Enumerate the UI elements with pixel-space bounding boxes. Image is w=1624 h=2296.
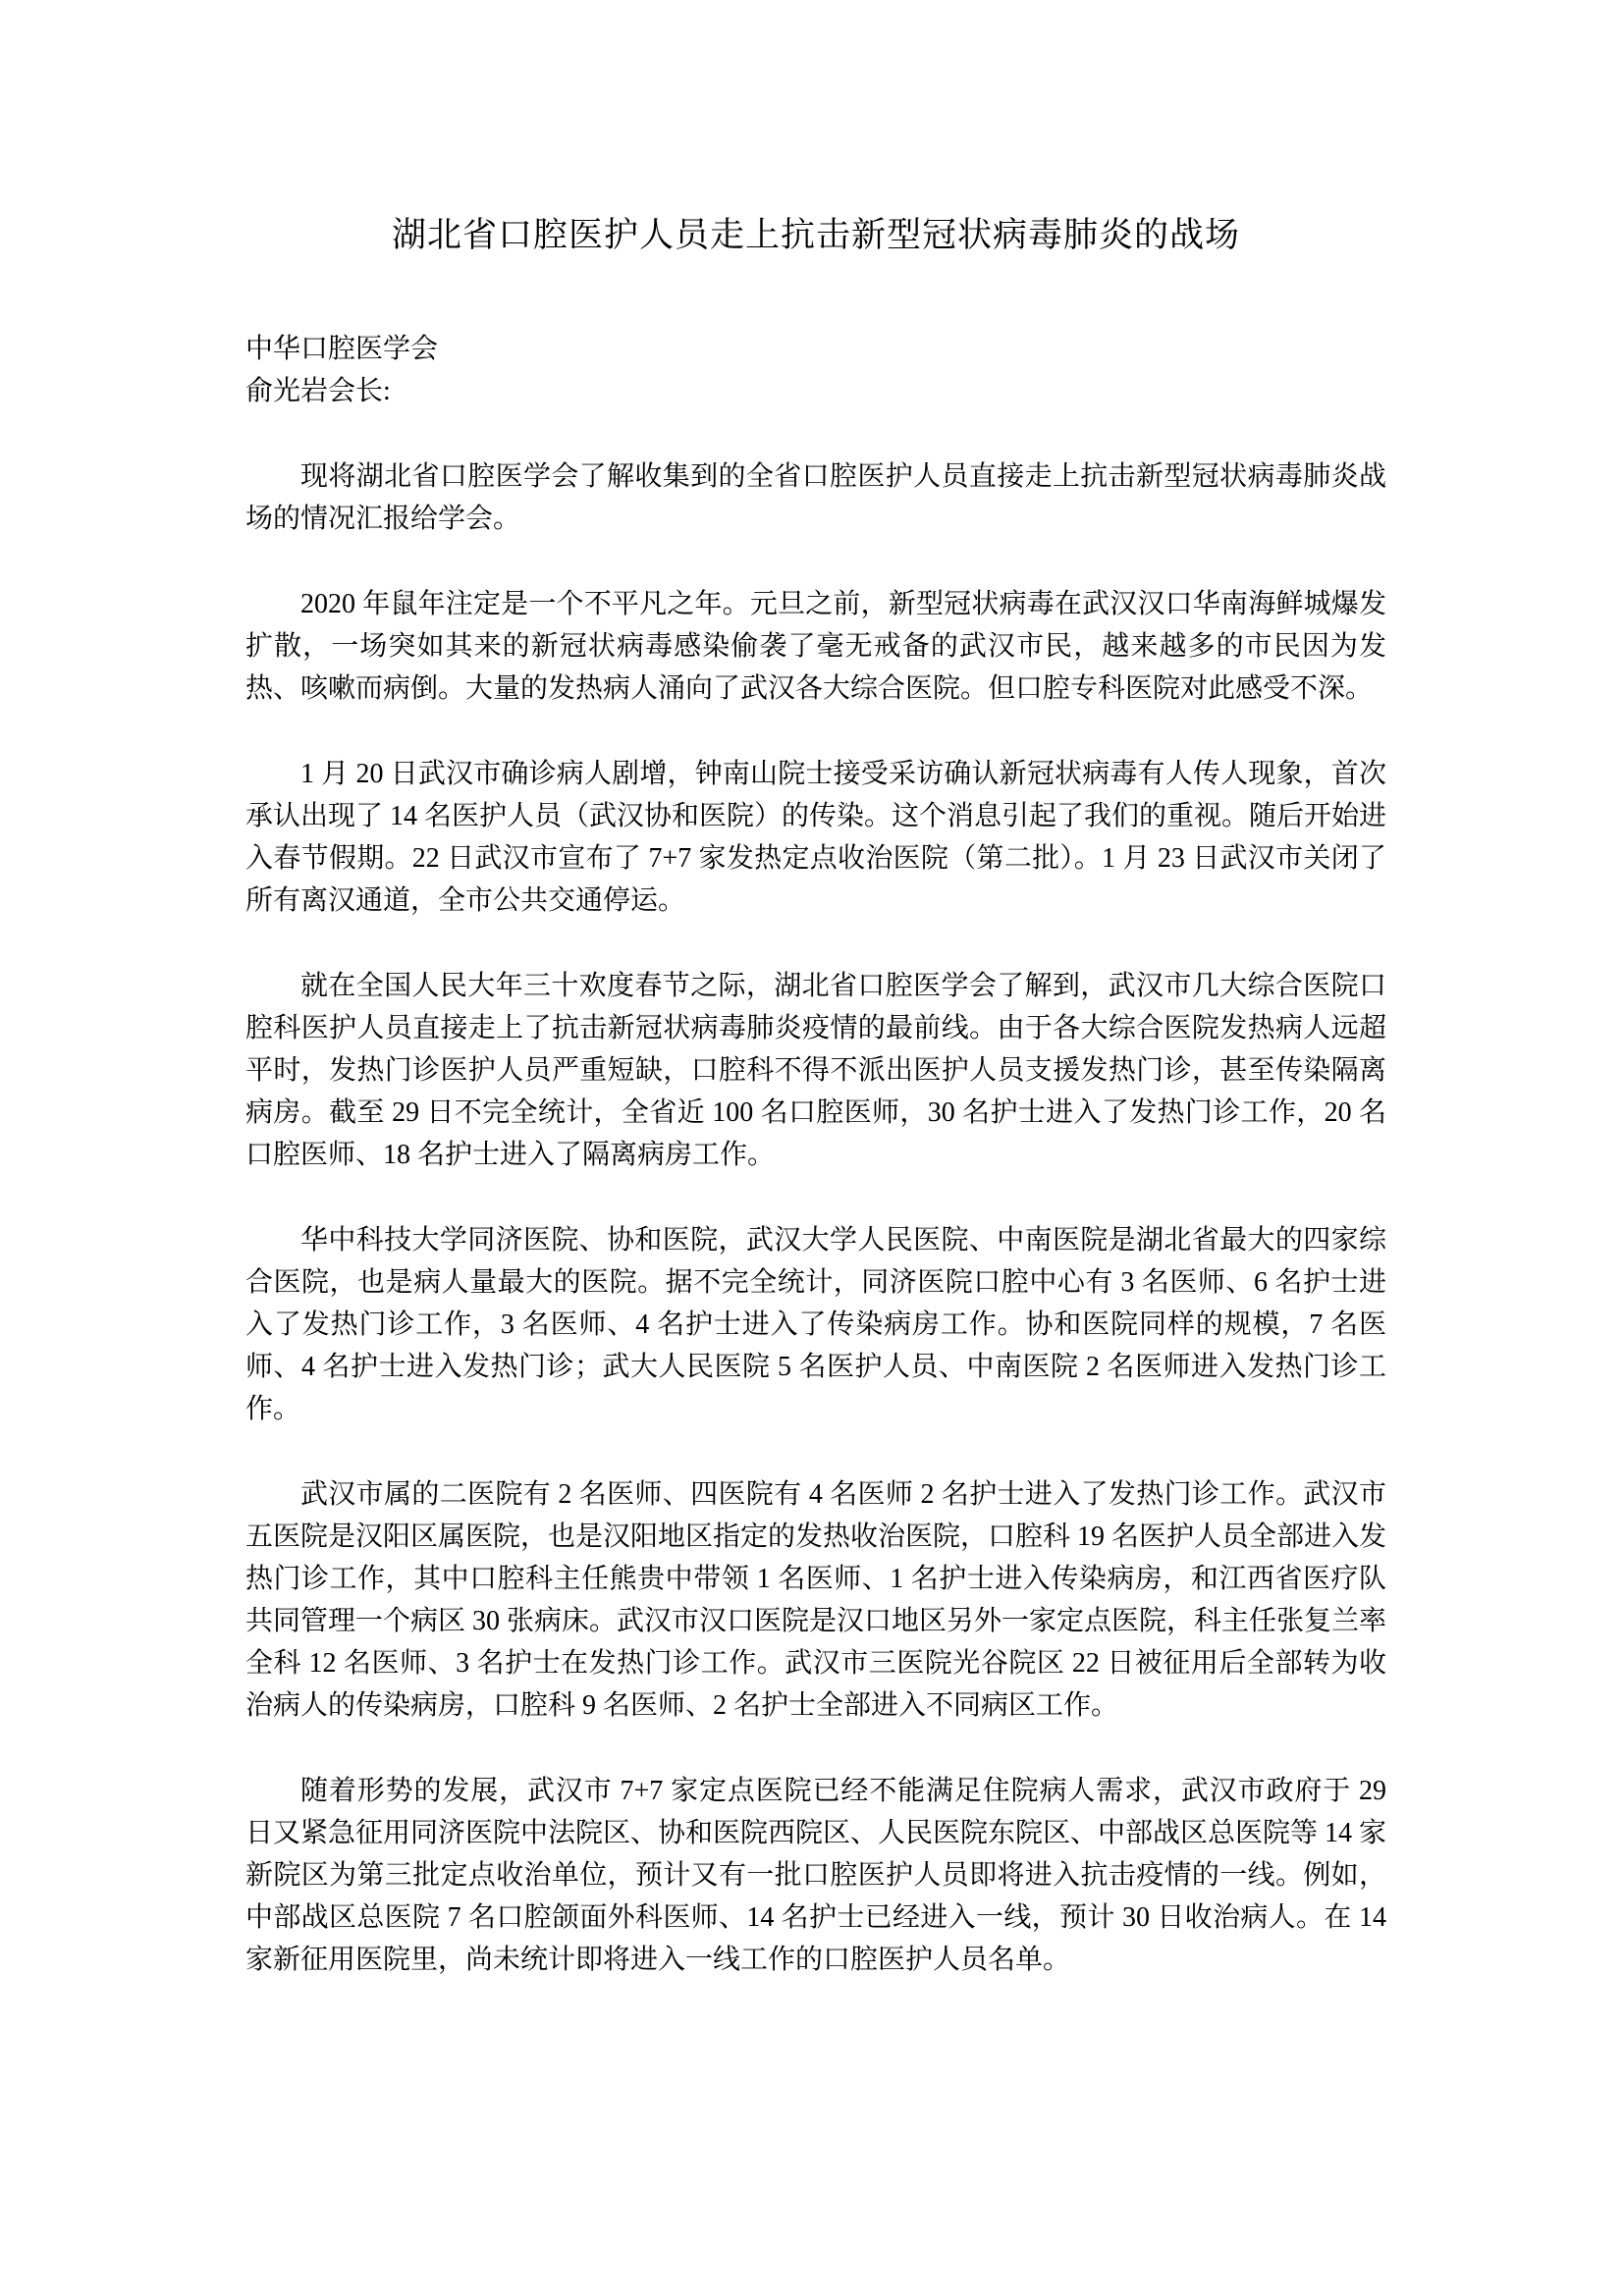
recipient-organization: 中华口腔医学会 bbox=[245, 328, 1386, 370]
paragraph-jan20-events: 1 月 20 日武汉市确诊病人剧增，钟南山院士接受采访确认新冠状病毒有人传人现象… bbox=[245, 753, 1386, 922]
paragraph-provincial-statistics: 就在全国人民大年三十欢度春节之际，湖北省口腔医学会了解到，武汉市几大综合医院口腔… bbox=[245, 965, 1386, 1176]
paragraph-outbreak-background: 2020 年鼠年注定是一个不平凡之年。元旦之前，新型冠状病毒在武汉汉口华南海鲜城… bbox=[245, 583, 1386, 710]
document-page: 湖北省口腔医护人员走上抗击新型冠状病毒肺炎的战场 中华口腔医学会 俞光岩会长: … bbox=[0, 0, 1624, 2296]
paragraph-major-hospitals: 华中科技大学同济医院、协和医院，武汉大学人民医院、中南医院是湖北省最大的四家综合… bbox=[245, 1219, 1386, 1430]
paragraph-third-batch-hospitals: 随着形势的发展，武汉市 7+7 家定点医院已经不能满足住院病人需求，武汉市政府于… bbox=[245, 1770, 1386, 1981]
paragraph-intro: 现将湖北省口腔医学会了解收集到的全省口腔医护人员直接走上抗击新型冠状病毒肺炎战场… bbox=[245, 455, 1386, 540]
recipient-salutation: 俞光岩会长: bbox=[245, 370, 1386, 412]
recipient-block: 中华口腔医学会 俞光岩会长: bbox=[245, 328, 1386, 412]
document-title: 湖北省口腔医护人员走上抗击新型冠状病毒肺炎的战场 bbox=[245, 214, 1386, 257]
paragraph-municipal-hospitals: 武汉市属的二医院有 2 名医师、四医院有 4 名医师 2 名护士进入了发热门诊工… bbox=[245, 1473, 1386, 1727]
